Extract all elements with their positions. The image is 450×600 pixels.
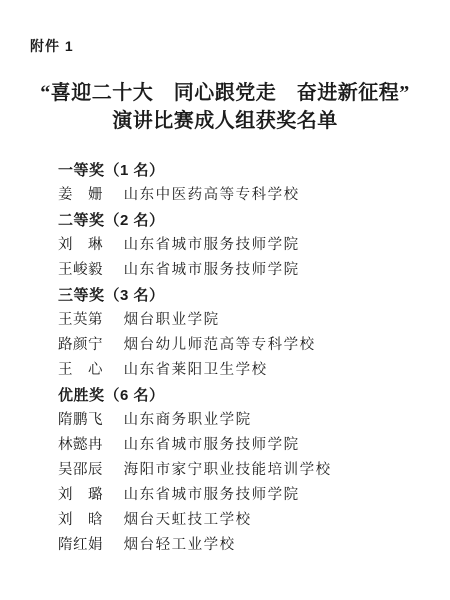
winner-school: 山东省莱阳卫生学校: [124, 362, 268, 378]
winner-school: 烟台天虹技工学校: [124, 512, 252, 528]
winner-rows: 王英第 烟台职业学院 路颜宁 烟台幼儿师范高等专科学校 王 心 山东省莱阳卫生学…: [58, 308, 434, 383]
attachment-label: 附件 1: [30, 36, 74, 56]
award-section: 三等奖（3 名） 王英第 烟台职业学院 路颜宁 烟台幼儿师范高等专科学校 王 心…: [58, 283, 434, 383]
document-page: 附件 1 “喜迎二十大 同心跟党走 奋进新征程” 演讲比赛成人组获奖名单 一等奖…: [0, 0, 450, 600]
title-line-1: “喜迎二十大 同心跟党走 奋进新征程”: [0, 79, 450, 107]
winner-row: 刘 晗 烟台天虹技工学校: [58, 508, 434, 533]
winner-rows: 隋鹏飞 山东商务职业学院 林懿冉 山东省城市服务技师学院 吴邵辰 海阳市家宁职业…: [58, 408, 434, 558]
winner-school: 烟台轻工业学校: [124, 537, 236, 553]
winner-rows: 刘 琳 山东省城市服务技师学院 王峻毅 山东省城市服务技师学院: [58, 233, 434, 283]
winner-name: 王峻毅: [58, 258, 120, 283]
winner-row: 林懿冉 山东省城市服务技师学院: [58, 433, 434, 458]
winner-row: 王峻毅 山东省城市服务技师学院: [58, 258, 434, 283]
winner-name: 吴邵辰: [58, 458, 120, 483]
winner-name: 刘 晗: [58, 508, 120, 533]
winner-row: 姜 姗 山东中医药高等专科学校: [58, 183, 434, 208]
award-section: 一等奖（1 名） 姜 姗 山东中医药高等专科学校: [58, 158, 434, 208]
document-title: “喜迎二十大 同心跟党走 奋进新征程” 演讲比赛成人组获奖名单: [0, 79, 450, 135]
award-section-header: 三等奖（3 名）: [58, 283, 434, 308]
winner-school: 山东省城市服务技师学院: [124, 487, 300, 503]
winner-name: 隋鹏飞: [58, 408, 120, 433]
winner-row: 隋红娟 烟台轻工业学校: [58, 533, 434, 558]
winner-name: 姜 姗: [58, 183, 120, 208]
winner-school: 山东省城市服务技师学院: [124, 237, 300, 253]
winner-row: 隋鹏飞 山东商务职业学院: [58, 408, 434, 433]
winner-school: 山东省城市服务技师学院: [124, 437, 300, 453]
winner-name: 王英第: [58, 308, 120, 333]
winner-school: 山东中医药高等专科学校: [124, 187, 300, 203]
winner-row: 路颜宁 烟台幼儿师范高等专科学校: [58, 333, 434, 358]
winner-row: 王 心 山东省莱阳卫生学校: [58, 358, 434, 383]
winner-name: 刘 琳: [58, 233, 120, 258]
winner-name: 林懿冉: [58, 433, 120, 458]
winner-name: 刘 璐: [58, 483, 120, 508]
winner-school: 山东商务职业学院: [124, 412, 252, 428]
winner-school: 山东省城市服务技师学院: [124, 262, 300, 278]
winner-school: 烟台职业学院: [124, 312, 220, 328]
award-section-header: 二等奖（2 名）: [58, 208, 434, 233]
winner-school: 烟台幼儿师范高等专科学校: [124, 337, 316, 353]
winner-name: 隋红娟: [58, 533, 120, 558]
award-section: 优胜奖（6 名） 隋鹏飞 山东商务职业学院 林懿冉 山东省城市服务技师学院 吴邵…: [58, 383, 434, 558]
winner-name: 王 心: [58, 358, 120, 383]
winner-rows: 姜 姗 山东中医药高等专科学校: [58, 183, 434, 208]
award-section: 二等奖（2 名） 刘 琳 山东省城市服务技师学院 王峻毅 山东省城市服务技师学院: [58, 208, 434, 283]
winner-row: 刘 璐 山东省城市服务技师学院: [58, 483, 434, 508]
winner-name: 路颜宁: [58, 333, 120, 358]
title-line-2: 演讲比赛成人组获奖名单: [0, 107, 450, 135]
winner-row: 刘 琳 山东省城市服务技师学院: [58, 233, 434, 258]
award-section-header: 一等奖（1 名）: [58, 158, 434, 183]
award-section-header: 优胜奖（6 名）: [58, 383, 434, 408]
award-list: 一等奖（1 名） 姜 姗 山东中医药高等专科学校 二等奖（2 名） 刘 琳 山东…: [58, 158, 434, 558]
winner-row: 王英第 烟台职业学院: [58, 308, 434, 333]
winner-school: 海阳市家宁职业技能培训学校: [124, 462, 332, 478]
winner-row: 吴邵辰 海阳市家宁职业技能培训学校: [58, 458, 434, 483]
